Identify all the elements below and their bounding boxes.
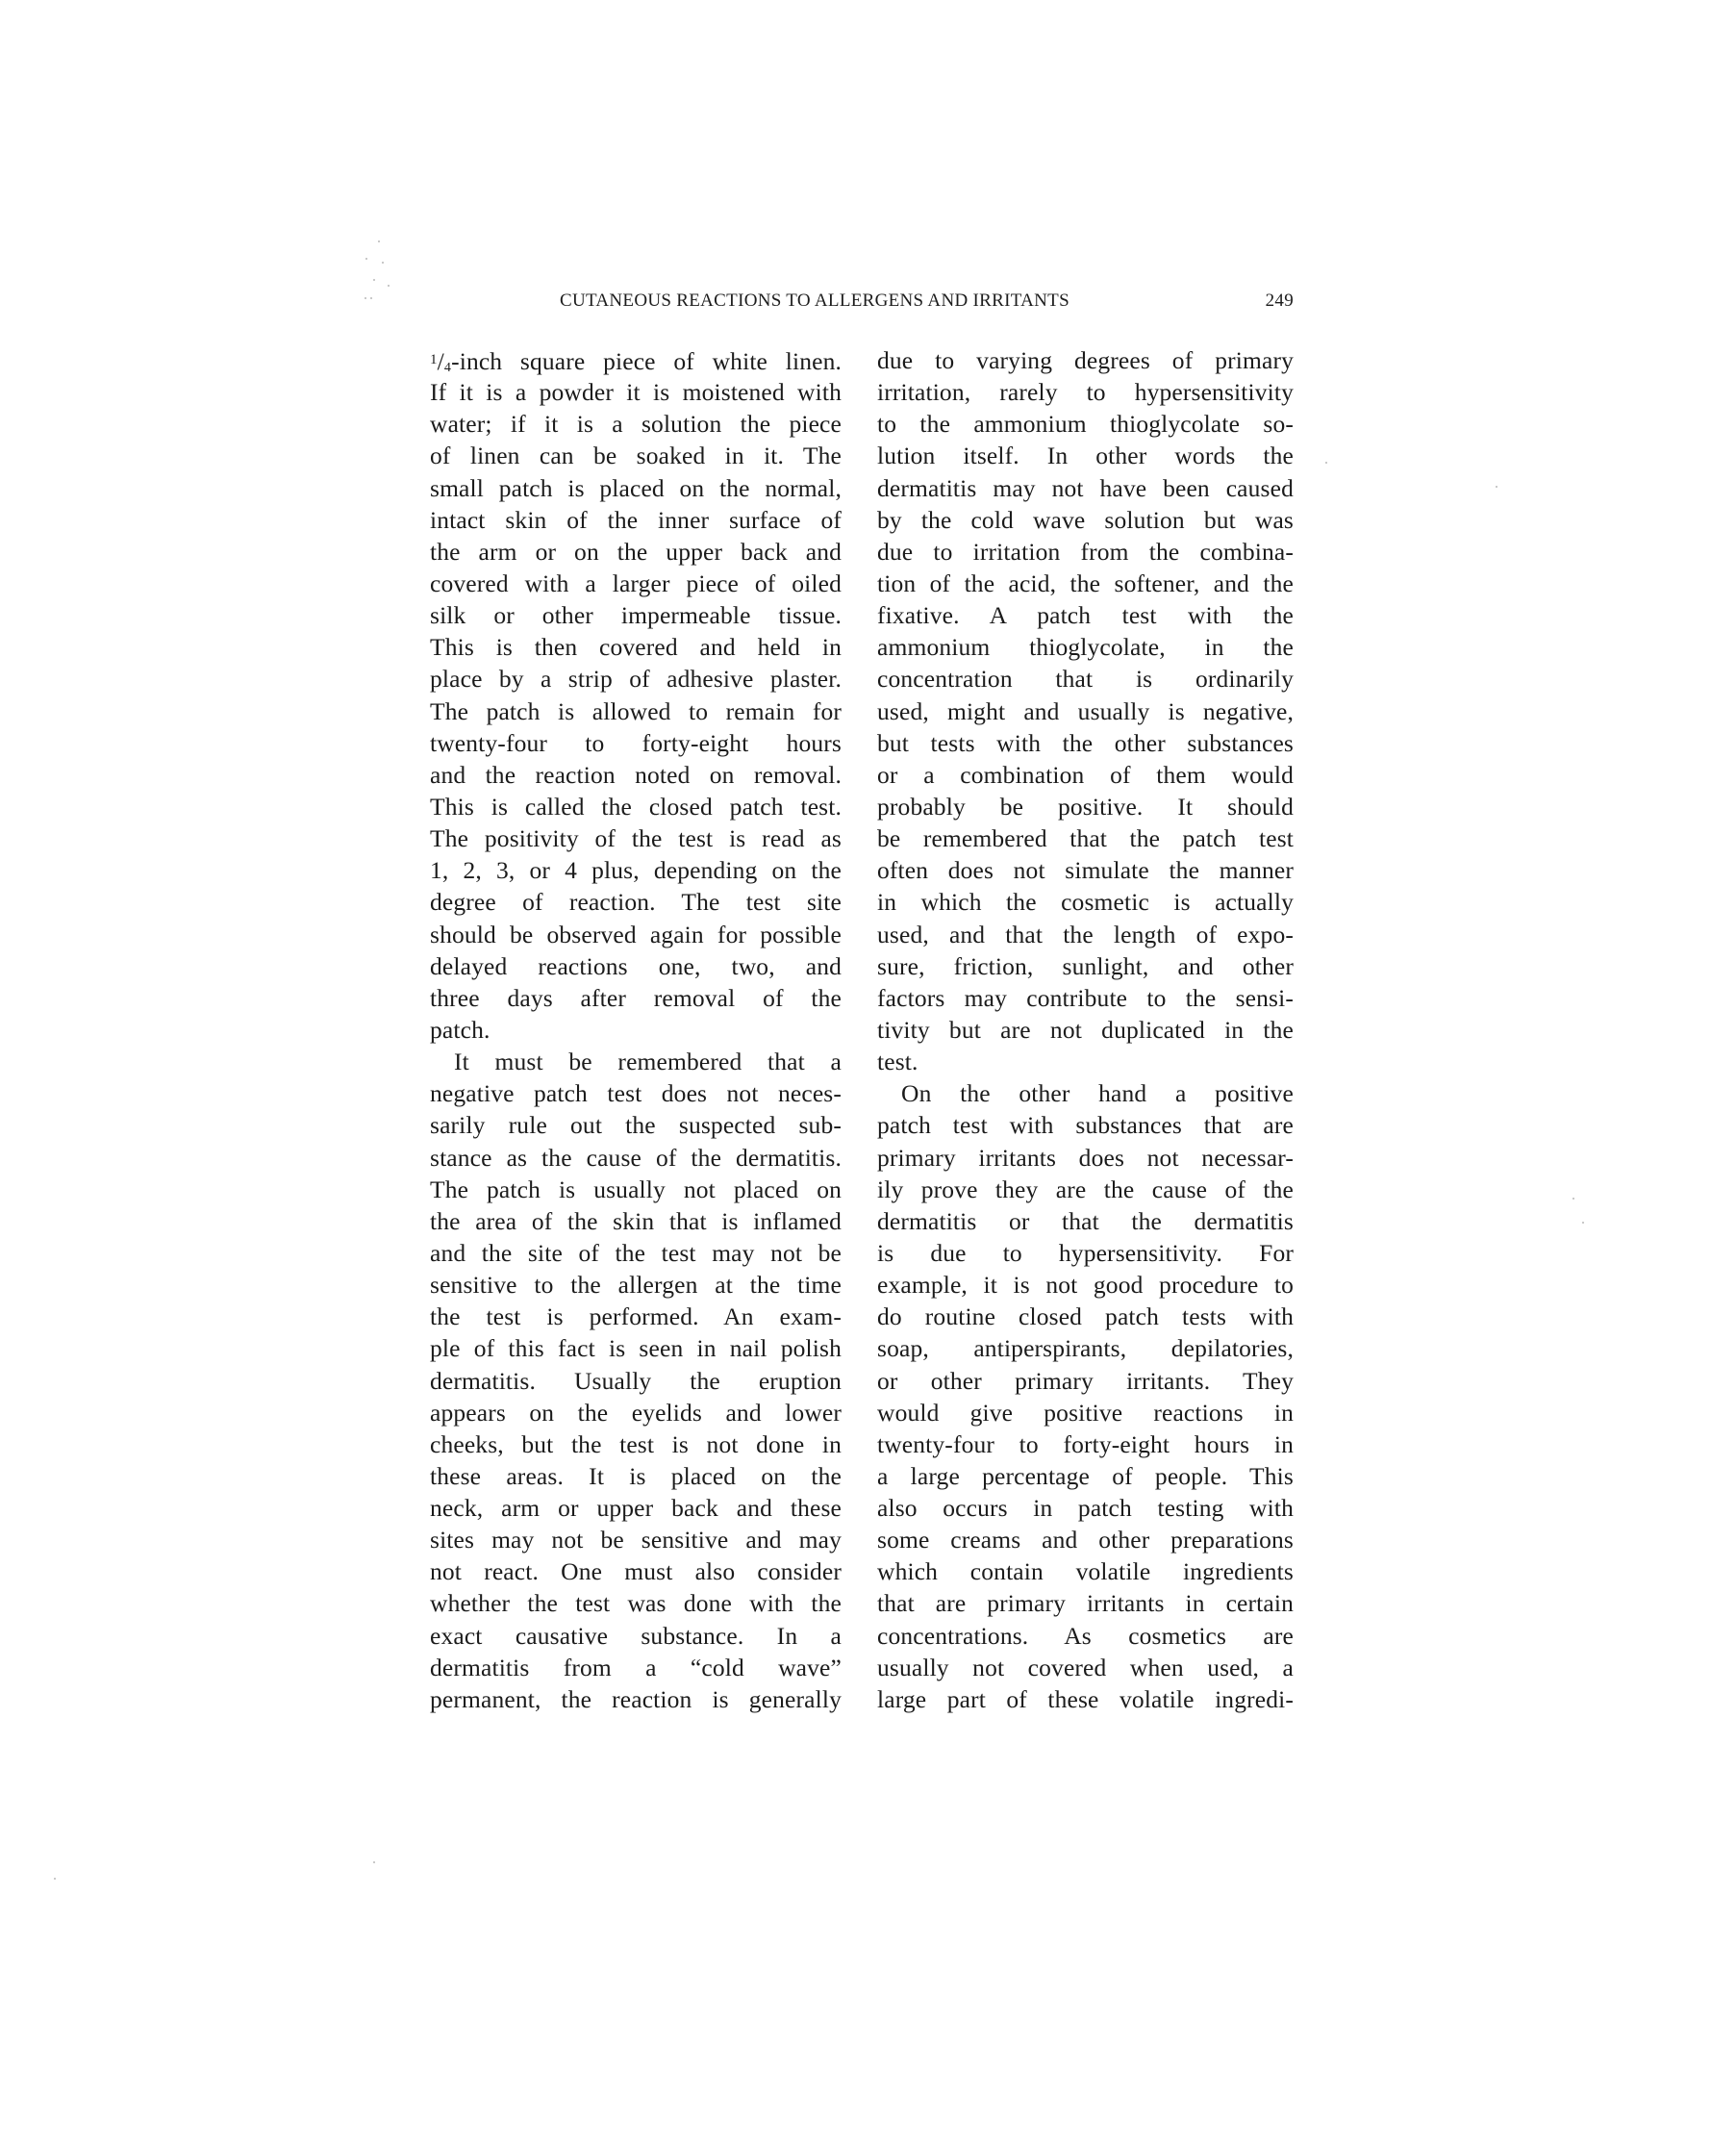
text-line: sarily rule out the suspected sub- xyxy=(430,1109,842,1141)
text-line: large part of these volatile ingredi- xyxy=(877,1683,1294,1715)
text-line: patch. xyxy=(430,1014,842,1046)
text-line: The positivity of the test is read as xyxy=(430,822,842,854)
text-line: ily prove they are the cause of the xyxy=(877,1174,1294,1205)
text-line: whether the test was done with the xyxy=(430,1587,842,1619)
text-line: or other primary irritants. They xyxy=(877,1365,1294,1397)
text-line: due to varying degrees of primary xyxy=(877,344,1294,376)
text-line: delayed reactions one, two, and xyxy=(430,950,842,982)
text-line: exact causative substance. In a xyxy=(430,1620,842,1652)
scan-speck xyxy=(365,297,366,299)
text-line: place by a strip of adhesive plaster. xyxy=(430,663,842,695)
text-line: dermatitis may not have been caused xyxy=(877,472,1294,504)
text-line: 1, 2, 3, or 4 plus, depending on the xyxy=(430,854,842,886)
text-line: silk or other impermeable tissue. xyxy=(430,599,842,631)
text-line: tion of the acid, the softener, and the xyxy=(877,568,1294,599)
scan-speck xyxy=(373,279,375,281)
text-line: would give positive reactions in xyxy=(877,1397,1294,1428)
paragraph-start-line: It must be remembered that a xyxy=(430,1046,842,1077)
fraction-slash: / xyxy=(438,347,444,375)
text-line: dermatitis. Usually the eruption xyxy=(430,1365,842,1397)
text-line: 1/4-inch square piece of white linen. xyxy=(430,344,842,376)
text-line: of linen can be soaked in it. The xyxy=(430,440,842,471)
page-number: 249 xyxy=(1266,291,1294,312)
text-line: example, it is not good procedure to xyxy=(877,1269,1294,1301)
text-line: a large percentage of people. This xyxy=(877,1460,1294,1492)
right-column: due to varying degrees of primary irrita… xyxy=(877,344,1294,1715)
text-line: The patch is usually not placed on xyxy=(430,1174,842,1205)
text-line: This is then covered and held in xyxy=(430,631,842,663)
text-line: ple of this fact is seen in nail polish xyxy=(430,1332,842,1364)
text-line: sensitive to the allergen at the time xyxy=(430,1269,842,1301)
text-line: be remembered that the patch test xyxy=(877,822,1294,854)
text-line: or a combination of them would xyxy=(877,759,1294,791)
text-line: concentration that is ordinarily xyxy=(877,663,1294,695)
text-line: ammonium thioglycolate, in the xyxy=(877,631,1294,663)
scan-speck xyxy=(1496,486,1497,488)
text-line: soap, antiperspirants, depilatories, xyxy=(877,1332,1294,1364)
text-line: The patch is allowed to remain for xyxy=(430,695,842,727)
text-line: but tests with the other substances xyxy=(877,727,1294,759)
text-line: concentrations. As cosmetics are xyxy=(877,1620,1294,1652)
text-line: that are primary irritants in certain xyxy=(877,1587,1294,1619)
text-line: small patch is placed on the normal, xyxy=(430,472,842,504)
text-line: usually not covered when used, a xyxy=(877,1652,1294,1683)
text-line: tivity but are not duplicated in the xyxy=(877,1014,1294,1046)
text-line: the area of the skin that is inflamed xyxy=(430,1205,842,1237)
text-line: the test is performed. An exam- xyxy=(430,1301,842,1332)
scan-speck xyxy=(1572,1198,1574,1200)
text-line: these areas. It is placed on the xyxy=(430,1460,842,1492)
text-line: If it is a powder it is moistened with xyxy=(430,376,842,408)
left-column: 1/4-inch square piece of white linen. If… xyxy=(430,344,842,1715)
text-line: due to irritation from the combina- xyxy=(877,536,1294,568)
text-line: not react. One must also consider xyxy=(430,1555,842,1587)
text-line: is due to hypersensitivity. For xyxy=(877,1237,1294,1269)
scan-speck xyxy=(373,1861,375,1863)
scan-speck xyxy=(378,240,380,242)
text-line: lution itself. In other words the xyxy=(877,440,1294,471)
text-line: do routine closed patch tests with xyxy=(877,1301,1294,1332)
text-line: should be observed again for possible xyxy=(430,919,842,950)
text-line-content: -inch square piece of white linen. xyxy=(451,347,842,375)
text-line: fixative. A patch test with the xyxy=(877,599,1294,631)
text-line: dermatitis from a “cold wave” xyxy=(430,1652,842,1683)
text-line: irritation, rarely to hypersensitivity xyxy=(877,376,1294,408)
text-line: patch test with substances that are xyxy=(877,1109,1294,1141)
text-line: used, and that the length of expo- xyxy=(877,919,1294,950)
text-line: some creams and other preparations xyxy=(877,1524,1294,1555)
text-line: water; if it is a solution the piece xyxy=(430,408,842,440)
text-line: which contain volatile ingredients xyxy=(877,1555,1294,1587)
scan-speck xyxy=(1325,462,1327,464)
fraction-denominator: 4 xyxy=(444,361,451,375)
text-line: probably be positive. It should xyxy=(877,791,1294,822)
text-line: factors may contribute to the sensi- xyxy=(877,982,1294,1014)
text-line: and the site of the test may not be xyxy=(430,1237,842,1269)
text-line: by the cold wave solution but was xyxy=(877,504,1294,536)
text-line: sure, friction, sunlight, and other xyxy=(877,950,1294,982)
paragraph-start-line: On the other hand a positive xyxy=(877,1077,1294,1109)
scan-speck xyxy=(370,297,372,299)
text-line: intact skin of the inner surface of xyxy=(430,504,842,536)
running-head-title: CUTANEOUS REACTIONS TO ALLERGENS AND IRR… xyxy=(560,291,1069,312)
text-line: often does not simulate the manner xyxy=(877,854,1294,886)
text-line: three days after removal of the xyxy=(430,982,842,1014)
text-line: in which the cosmetic is actually xyxy=(877,886,1294,918)
text-line: used, might and usually is negative, xyxy=(877,695,1294,727)
text-line: permanent, the reaction is generally xyxy=(430,1683,842,1715)
text-line: cheeks, but the test is not done in xyxy=(430,1428,842,1460)
scan-speck xyxy=(388,285,390,287)
scan-speck xyxy=(54,1878,56,1880)
text-line: test. xyxy=(877,1046,1294,1077)
text-line: appears on the eyelids and lower xyxy=(430,1397,842,1428)
text-line: the arm or on the upper back and xyxy=(430,536,842,568)
text-line: covered with a larger piece of oiled xyxy=(430,568,842,599)
text-line: sites may not be sensitive and may xyxy=(430,1524,842,1555)
text-line: neck, arm or upper back and these xyxy=(430,1492,842,1524)
text-line: dermatitis or that the dermatitis xyxy=(877,1205,1294,1237)
text-line: to the ammonium thioglycolate so- xyxy=(877,408,1294,440)
text-line: twenty-four to forty-eight hours in xyxy=(877,1428,1294,1460)
text-line: degree of reaction. The test site xyxy=(430,886,842,918)
book-page: CUTANEOUS REACTIONS TO ALLERGENS AND IRR… xyxy=(0,0,1736,2148)
text-line: This is called the closed patch test. xyxy=(430,791,842,822)
text-line: stance as the cause of the dermatitis. xyxy=(430,1142,842,1174)
scan-speck xyxy=(382,262,384,264)
text-line: also occurs in patch testing with xyxy=(877,1492,1294,1524)
text-line: negative patch test does not neces- xyxy=(430,1077,842,1109)
scan-speck xyxy=(365,258,367,260)
running-head: CUTANEOUS REACTIONS TO ALLERGENS AND IRR… xyxy=(430,291,1294,314)
scan-speck xyxy=(1582,1222,1584,1224)
fraction-numerator: 1 xyxy=(430,352,438,367)
text-line: twenty-four to forty-eight hours xyxy=(430,727,842,759)
text-line: and the reaction noted on removal. xyxy=(430,759,842,791)
text-line: primary irritants does not necessar- xyxy=(877,1142,1294,1174)
